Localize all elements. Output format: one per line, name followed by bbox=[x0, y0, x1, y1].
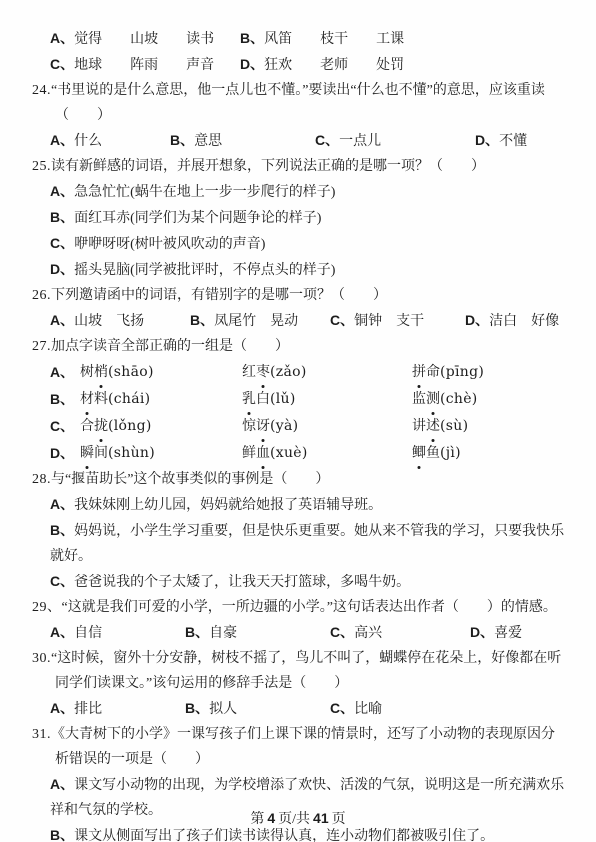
pinyin-text: (lǒng) bbox=[108, 418, 152, 434]
option-label: D、 bbox=[240, 56, 264, 72]
option-d: D、不懂 bbox=[475, 128, 527, 154]
pinyin-item: 材料(chái) bbox=[80, 386, 242, 413]
word-pre: 红 bbox=[242, 365, 256, 380]
option-label: C、 bbox=[330, 312, 354, 328]
option-label: B、 bbox=[170, 132, 194, 148]
question-number: 28. bbox=[32, 472, 51, 487]
option-c: C、咿咿呀呀(树叶被风吹动的声音) bbox=[50, 231, 568, 257]
question-26-options: A、山坡 飞扬 B、凤尾竹 晃动 C、铜钟 支干 D、洁白 好像 bbox=[32, 308, 568, 334]
question-27-row-b: B、 材料(chái) 乳白(lǔ) 监测(chè) bbox=[32, 386, 568, 413]
option-label: A、 bbox=[50, 30, 74, 46]
word-pre: 讲 bbox=[412, 419, 426, 434]
option-b: B、凤尾竹 晃动 bbox=[190, 308, 330, 334]
pinyin-text: (zǎo) bbox=[270, 364, 307, 380]
option-label: A、 bbox=[50, 359, 80, 386]
question-26-stem: 26.下列邀请函中的词语，有错别字的是哪一项？（ ） bbox=[32, 283, 568, 308]
option-text: 高兴 bbox=[354, 626, 382, 641]
option-label: D、 bbox=[50, 261, 74, 277]
option-label: D、 bbox=[50, 440, 80, 467]
option-label: D、 bbox=[465, 312, 489, 328]
option-a: A、什么 bbox=[50, 128, 170, 154]
option-label: A、 bbox=[50, 624, 74, 640]
dotted-char: 材 bbox=[80, 386, 94, 413]
question-text: 读有新鲜感的词语，并展开想象，下列说法正确的是哪一项？（ ） bbox=[51, 159, 485, 174]
pinyin-item: 合拢(lǒng) bbox=[80, 413, 242, 440]
option-d: D、狂欢 老师 处罚 bbox=[240, 52, 404, 78]
option-label: B、 bbox=[190, 312, 214, 328]
top-options-row-1: A、觉得 山坡 读书 B、风笛 枝干 工课 bbox=[32, 26, 568, 52]
option-text: 意思 bbox=[194, 134, 222, 149]
dotted-char: 血 bbox=[256, 440, 270, 467]
question-25-stem: 25.读有新鲜感的词语，并展开想象，下列说法正确的是哪一项？（ ） bbox=[32, 154, 568, 179]
option-c: C、地球 阵雨 声音 bbox=[50, 52, 240, 78]
question-number: 31. bbox=[32, 727, 51, 742]
option-text: 什么 bbox=[74, 134, 102, 149]
option-b: B、意思 bbox=[170, 128, 315, 154]
word-post: 命 bbox=[426, 365, 440, 380]
option-label: A、 bbox=[50, 776, 74, 792]
option-label: C、 bbox=[330, 624, 354, 640]
option-text: 洁白 好像 bbox=[489, 314, 559, 329]
word-post: 白 bbox=[256, 392, 270, 407]
question-31-options: A、课文写小动物的出现，为学校增添了欢快、活泼的气氛，说明这是一所充满欢乐祥和气… bbox=[32, 772, 568, 842]
option-c: C、比喻 bbox=[330, 696, 382, 722]
question-27-row-a: A、 树梢(shāo) 红枣(zǎo) 拼命(pīng) bbox=[32, 359, 568, 386]
option-label: A、 bbox=[50, 132, 74, 148]
dotted-char: 鲫 bbox=[412, 440, 426, 467]
question-number: 29、 bbox=[32, 600, 62, 615]
pinyin-text: (pīng) bbox=[440, 364, 484, 380]
word-pre: 树 bbox=[80, 365, 94, 380]
option-label: C、 bbox=[50, 235, 74, 251]
question-28-options: A、我妹妹刚上幼儿园，妈妈就给她报了英语辅导班。 B、妈妈说，小学生学习重要，但… bbox=[32, 492, 568, 595]
current-page-number: 4 bbox=[264, 810, 278, 826]
pinyin-text: (sù) bbox=[440, 418, 468, 434]
option-text: 喜爱 bbox=[494, 626, 522, 641]
option-label: B、 bbox=[185, 624, 209, 640]
option-label: C、 bbox=[50, 573, 74, 589]
pinyin-item: 讲述(sù) bbox=[412, 413, 468, 440]
pinyin-item: 鲫鱼(jì) bbox=[412, 440, 461, 467]
option-text: 觉得 山坡 读书 bbox=[74, 32, 214, 47]
pinyin-text: (jì) bbox=[440, 445, 461, 461]
option-b: B、拟人 bbox=[185, 696, 330, 722]
question-27-row-c: C、 合拢(lǒng) 惊讶(yà) 讲述(sù) bbox=[32, 413, 568, 440]
dotted-char: 拢 bbox=[94, 413, 108, 440]
dotted-char: 乳 bbox=[242, 386, 256, 413]
dotted-char: 测 bbox=[426, 386, 440, 413]
option-a: A、觉得 山坡 读书 bbox=[50, 26, 240, 52]
question-28-stem: 28.与“揠苗助长”这个故事类似的事例是（ ） bbox=[32, 467, 568, 492]
option-label: C、 bbox=[50, 56, 74, 72]
option-text: 自信 bbox=[74, 626, 102, 641]
pinyin-item: 树梢(shāo) bbox=[80, 359, 242, 386]
option-text: 风笛 枝干 工课 bbox=[264, 32, 404, 47]
option-c: C、一点儿 bbox=[315, 128, 475, 154]
pinyin-text: (chè) bbox=[440, 391, 478, 407]
option-label: B、 bbox=[50, 522, 74, 538]
option-b: B、风笛 枝干 工课 bbox=[240, 26, 404, 52]
footer-suffix: 页 bbox=[332, 812, 346, 827]
word-pre: 监 bbox=[412, 392, 426, 407]
dotted-char: 述 bbox=[426, 413, 440, 440]
option-a: A、排比 bbox=[50, 696, 185, 722]
question-number: 26. bbox=[32, 288, 51, 303]
option-c: C、爸爸说我的个子太矮了，让我天天打篮球，多喝牛奶。 bbox=[50, 569, 568, 595]
option-text: 排比 bbox=[74, 702, 102, 717]
pinyin-item: 红枣(zǎo) bbox=[242, 359, 412, 386]
footer-prefix: 第 bbox=[250, 812, 264, 827]
question-text: 《大青树下的小学》一课写孩子们上课下课的情景时，还写了小动物的表现原因分析错误的… bbox=[51, 727, 555, 767]
option-label: C、 bbox=[330, 700, 354, 716]
option-label: A、 bbox=[50, 496, 74, 512]
word-post: 鱼 bbox=[426, 446, 440, 461]
option-c: C、高兴 bbox=[330, 620, 470, 646]
option-text: 一点儿 bbox=[339, 134, 381, 149]
option-b: B、面红耳赤(同学们为某个问题争论的样子) bbox=[50, 205, 568, 231]
option-label: B、 bbox=[240, 30, 264, 46]
option-label: A、 bbox=[50, 312, 74, 328]
word-pre: 惊 bbox=[242, 419, 256, 434]
word-post: 料 bbox=[94, 392, 108, 407]
question-24-options: A、什么 B、意思 C、一点儿 D、不懂 bbox=[32, 128, 568, 154]
option-c: C、铜钟 支干 bbox=[330, 308, 465, 334]
pinyin-item: 惊讶(yà) bbox=[242, 413, 412, 440]
question-24-stem: 24.“书里说的是什么意思，他一点儿也不懂。”要读出“什么也不懂”的意思，应该重… bbox=[32, 78, 568, 128]
question-number: 25. bbox=[32, 159, 51, 174]
pinyin-item: 乳白(lǔ) bbox=[242, 386, 412, 413]
question-30-options: A、排比 B、拟人 C、比喻 bbox=[32, 696, 568, 722]
option-label: D、 bbox=[470, 624, 494, 640]
option-label: B、 bbox=[50, 386, 80, 413]
exam-page: A、觉得 山坡 读书 B、风笛 枝干 工课 C、地球 阵雨 声音 D、狂欢 老师… bbox=[0, 0, 596, 842]
option-text: 面红耳赤(同学们为某个问题争论的样子) bbox=[74, 211, 321, 226]
option-text: 课文从侧面写出了孩子们读书读得认真，连小动物们都被吸引住了。 bbox=[74, 829, 494, 842]
question-text: “这就是我们可爱的小学，一所边疆的小学。”这句话表达出作者（ ）的情感。 bbox=[62, 600, 557, 615]
option-text: 自豪 bbox=[209, 626, 237, 641]
question-29-stem: 29、“这就是我们可爱的小学，一所边疆的小学。”这句话表达出作者（ ）的情感。 bbox=[32, 595, 568, 620]
word-post: 间 bbox=[94, 446, 108, 461]
option-label: C、 bbox=[50, 413, 80, 440]
option-text: 爸爸说我的个子太矮了，让我天天打篮球，多喝牛奶。 bbox=[74, 575, 410, 590]
option-a: A、山坡 飞扬 bbox=[50, 308, 190, 334]
option-text: 不懂 bbox=[499, 134, 527, 149]
option-text: 妈妈说，小学生学习重要，但是快乐更重要。她从来不管我的学习，只要我快乐就好。 bbox=[50, 524, 564, 564]
question-30-stem: 30.“这时候，窗外十分安静，树枝不摇了，鸟儿不叫了，蝴蝶停在花朵上，好像都在听… bbox=[32, 646, 568, 696]
page-footer: 第4页/共41页 bbox=[0, 808, 596, 830]
dotted-char: 枣 bbox=[256, 359, 270, 386]
pinyin-text: (xuè) bbox=[270, 445, 308, 461]
dotted-char: 瞬 bbox=[80, 440, 94, 467]
option-text: 铜钟 支干 bbox=[354, 314, 424, 329]
question-text: “这时候，窗外十分安静，树枝不摇了，鸟儿不叫了，蝴蝶停在花朵上，好像都在听同学们… bbox=[51, 651, 561, 691]
option-a: A、我妹妹刚上幼儿园，妈妈就给她报了英语辅导班。 bbox=[50, 492, 568, 518]
question-text: “书里说的是什么意思，他一点儿也不懂。”要读出“什么也不懂”的意思，应该重读（ … bbox=[51, 83, 545, 123]
option-d: D、洁白 好像 bbox=[465, 308, 559, 334]
pinyin-item: 鲜血(xuè) bbox=[242, 440, 412, 467]
option-label: A、 bbox=[50, 183, 74, 199]
question-27-stem: 27.加点字读音全部正确的一组是（ ） bbox=[32, 334, 568, 359]
option-a: A、自信 bbox=[50, 620, 185, 646]
pinyin-item: 瞬间(shùn) bbox=[80, 440, 242, 467]
option-label: C、 bbox=[315, 132, 339, 148]
dotted-char: 讶 bbox=[256, 413, 270, 440]
pinyin-item: 拼命(pīng) bbox=[412, 359, 484, 386]
dotted-char: 梢 bbox=[94, 359, 108, 386]
total-page-number: 41 bbox=[310, 810, 332, 826]
question-25-options: A、急急忙忙(蜗牛在地上一步一步爬行的样子) B、面红耳赤(同学们为某个问题争论… bbox=[32, 179, 568, 283]
question-text: 加点字读音全部正确的一组是（ ） bbox=[51, 339, 289, 354]
option-text: 比喻 bbox=[354, 702, 382, 717]
option-text: 急急忙忙(蜗牛在地上一步一步爬行的样子) bbox=[74, 185, 335, 200]
question-text: 下列邀请函中的词语，有错别字的是哪一项？（ ） bbox=[51, 288, 387, 303]
option-d: D、喜爱 bbox=[470, 620, 522, 646]
option-text: 拟人 bbox=[209, 702, 237, 717]
word-pre: 合 bbox=[80, 419, 94, 434]
option-label: B、 bbox=[185, 700, 209, 716]
question-number: 27. bbox=[32, 339, 51, 354]
pinyin-text: (shāo) bbox=[108, 364, 154, 380]
question-29-options: A、自信 B、自豪 C、高兴 D、喜爱 bbox=[32, 620, 568, 646]
option-b: B、妈妈说，小学生学习重要，但是快乐更重要。她从来不管我的学习，只要我快乐就好。 bbox=[50, 518, 568, 569]
pinyin-text: (yà) bbox=[270, 418, 298, 434]
option-text: 凤尾竹 晃动 bbox=[214, 314, 298, 329]
footer-mid: 页/共 bbox=[278, 812, 310, 827]
question-27-row-d: D、 瞬间(shùn) 鲜血(xuè) 鲫鱼(jì) bbox=[32, 440, 568, 467]
option-text: 我妹妹刚上幼儿园，妈妈就给她报了英语辅导班。 bbox=[74, 498, 382, 513]
question-31-stem: 31.《大青树下的小学》一课写孩子们上课下课的情景时，还写了小动物的表现原因分析… bbox=[32, 722, 568, 772]
pinyin-item: 监测(chè) bbox=[412, 386, 478, 413]
pinyin-text: (lǔ) bbox=[270, 391, 296, 407]
dotted-char: 拼 bbox=[412, 359, 426, 386]
question-number: 30. bbox=[32, 651, 51, 666]
option-text: 地球 阵雨 声音 bbox=[74, 58, 214, 73]
option-a: A、急急忙忙(蜗牛在地上一步一步爬行的样子) bbox=[50, 179, 568, 205]
option-label: A、 bbox=[50, 700, 74, 716]
option-b: B、自豪 bbox=[185, 620, 330, 646]
option-label: D、 bbox=[475, 132, 499, 148]
pinyin-text: (shùn) bbox=[108, 445, 155, 461]
option-text: 山坡 飞扬 bbox=[74, 314, 144, 329]
option-d: D、摇头晃脑(同学被批评时，不停点头的样子) bbox=[50, 257, 568, 283]
option-text: 咿咿呀呀(树叶被风吹动的声音) bbox=[74, 237, 265, 252]
option-text: 狂欢 老师 处罚 bbox=[264, 58, 404, 73]
option-label: B、 bbox=[50, 209, 74, 225]
question-text: 与“揠苗助长”这个故事类似的事例是（ ） bbox=[51, 472, 329, 487]
question-number: 24. bbox=[32, 83, 51, 98]
word-pre: 鲜 bbox=[242, 446, 256, 461]
pinyin-text: (chái) bbox=[108, 391, 150, 407]
option-text: 摇头晃脑(同学被批评时，不停点头的样子) bbox=[74, 263, 335, 278]
top-options-row-2: C、地球 阵雨 声音 D、狂欢 老师 处罚 bbox=[32, 52, 568, 78]
